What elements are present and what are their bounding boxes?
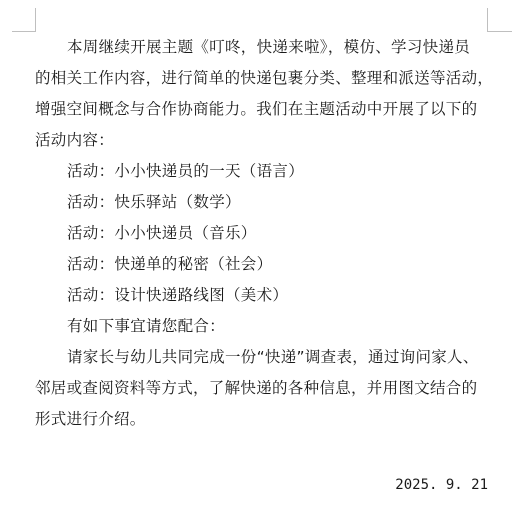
paragraph-line: 增强空间概念与合作协商能力。我们在主题活动中开展了以下的 <box>35 94 477 125</box>
page-corner-mark-top-left <box>12 8 36 32</box>
paragraph-line: 形式进行介绍。 <box>35 404 146 435</box>
page-corner-mark-top-right <box>487 8 512 32</box>
paragraph-line: 本周继续开展主题《叮咚，快递来啦》，模仿、学习快递员 <box>67 32 470 63</box>
paragraph-line: 活动内容： <box>35 125 114 156</box>
paragraph-line: 请家长与幼儿共同完成一份“快递”调查表，通过询问家人、 <box>67 342 479 373</box>
activity-item: 活动：快递单的秘密（社会） <box>67 249 272 280</box>
paragraph-line: 的相关工作内容，进行简单的快递包裹分类、整理和派送等活动， <box>35 63 493 94</box>
activity-item: 活动：小小快递员的一天（语言） <box>67 156 304 187</box>
paragraph-line: 邻居或查阅资料等方式，了解快递的各种信息，并用图文结合的 <box>35 373 477 404</box>
document-date: 2025. 9. 21 <box>395 475 488 495</box>
activity-item: 活动：快乐驿站（数学） <box>67 187 241 218</box>
activity-item: 活动：小小快递员（音乐） <box>67 218 257 249</box>
activity-item: 活动：设计快递路线图（美术） <box>67 280 288 311</box>
cooperation-heading: 有如下事宜请您配合： <box>67 311 225 342</box>
